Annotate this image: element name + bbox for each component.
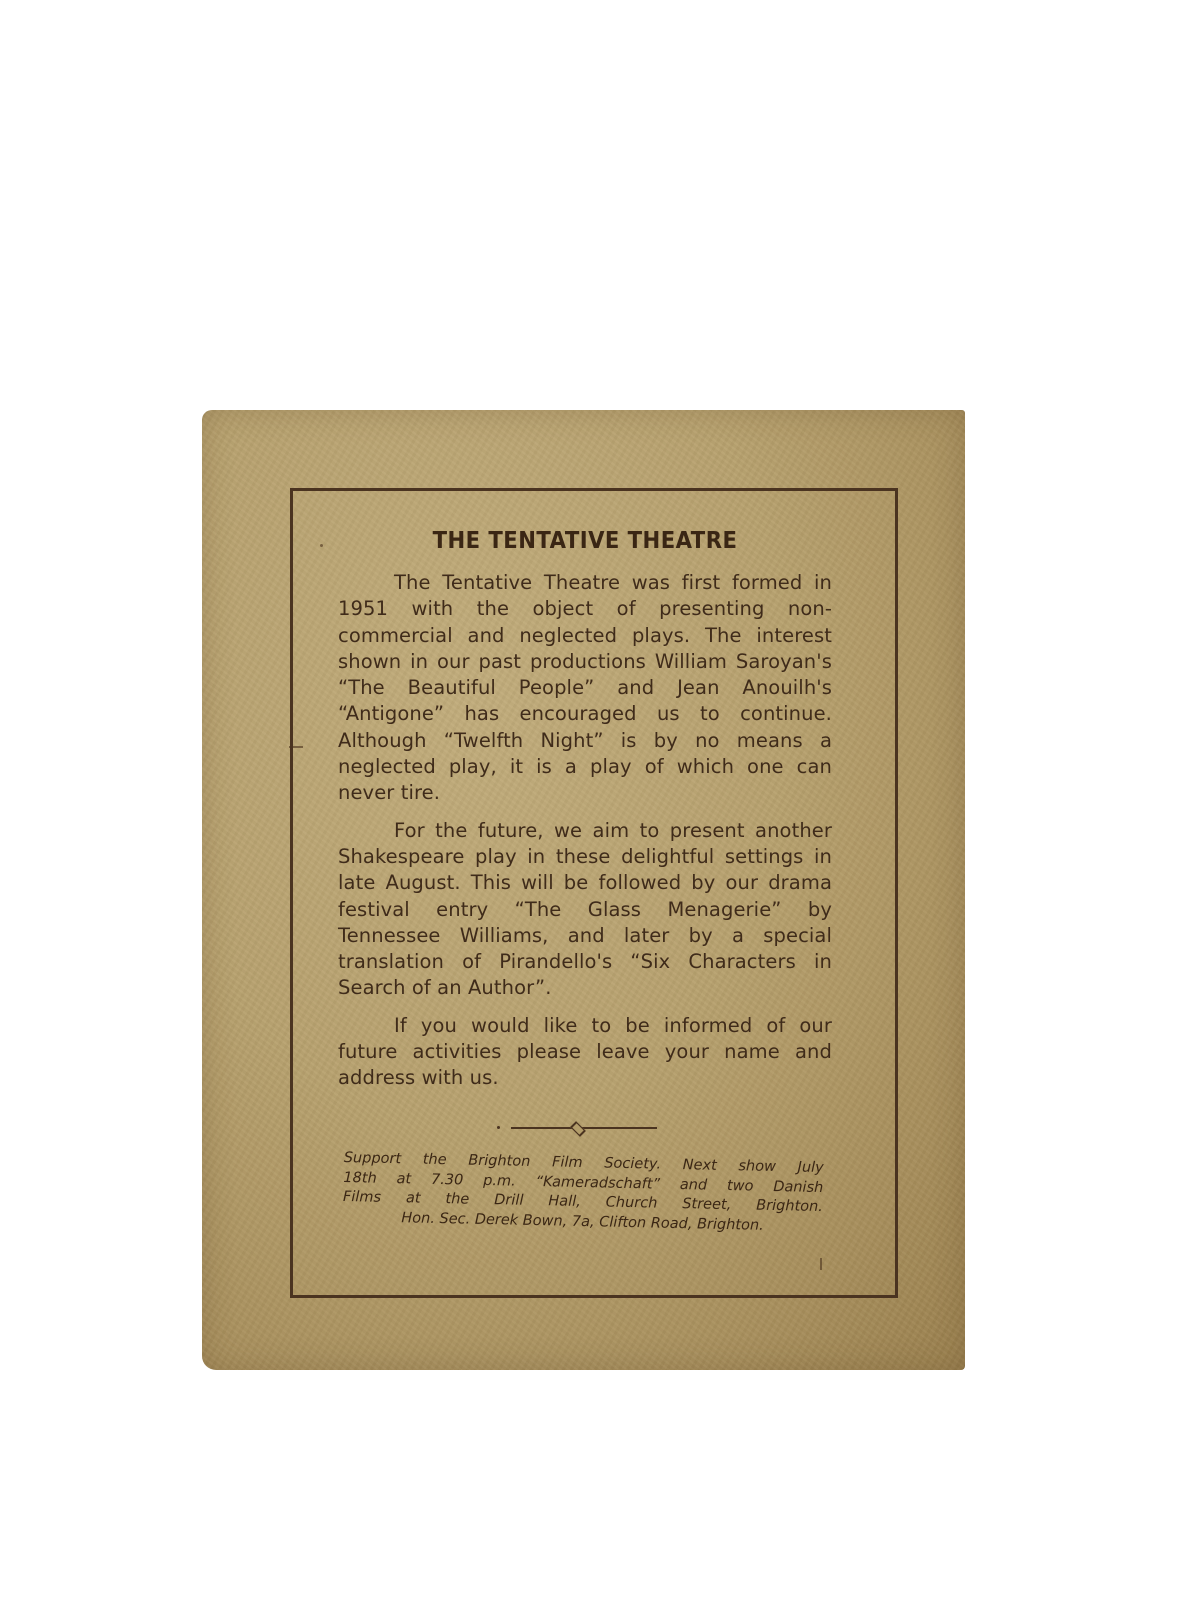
document-body: THE TENTATIVE THEATRE The Tentative Thea…: [338, 528, 832, 1227]
document-title: THE TENTATIVE THEATRE: [358, 528, 812, 554]
film-society-notice: Support the Brighton Film Society. Next …: [342, 1149, 824, 1237]
ornamental-divider: [497, 1121, 657, 1135]
program-card: THE TENTATIVE THEATRE The Tentative Thea…: [202, 410, 965, 1370]
diamond-ornament-icon: [570, 1121, 586, 1137]
paragraph-history: The Tentative Theatre was first formed i…: [338, 570, 832, 807]
divider-dot: [497, 1126, 500, 1129]
paragraph-future-plans: For the future, we aim to present anothe…: [338, 818, 832, 1002]
paragraph-contact: If you would like to be informed of our …: [338, 1013, 832, 1092]
